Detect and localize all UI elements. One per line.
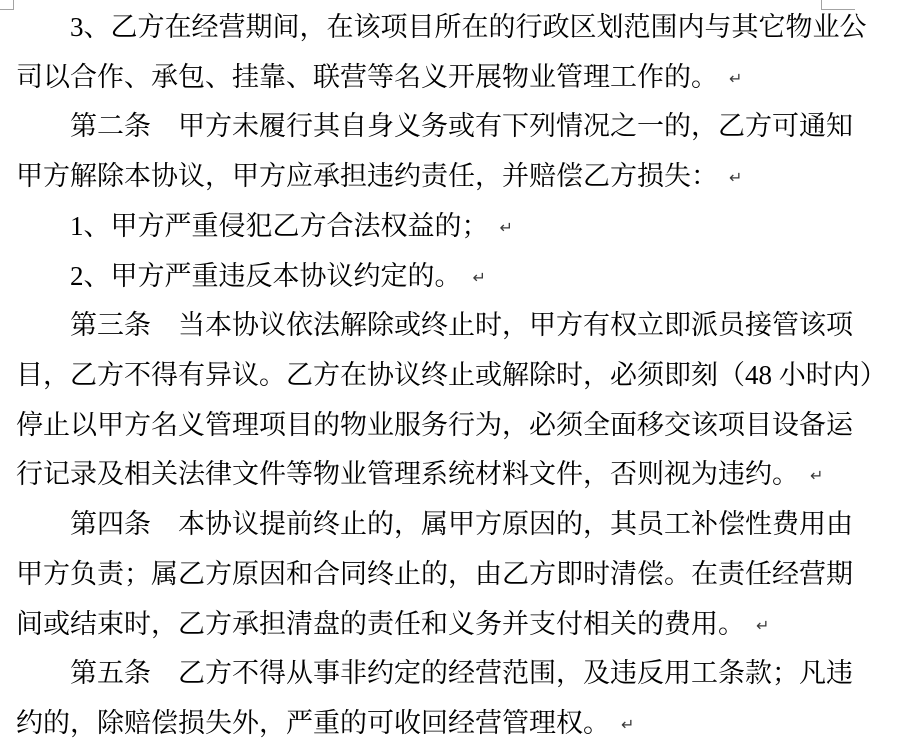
text-line: 甲方解除本协议，甲方应承担违约责任，并赔偿乙方损失：↵ — [16, 152, 821, 202]
text-line: 第五条 乙方不得从事非约定的经营范围，及违反用工条款；凡违 — [16, 649, 821, 699]
text-line: 停止以甲方名义管理项目的物业服务行为，必须全面移交该项目设备运 — [16, 401, 821, 451]
line-text: 2、甲方严重违反本协议约定的。 — [70, 261, 462, 291]
text-line: 约的，除赔偿损失外，严重的可收回经营管理权。↵ — [16, 699, 821, 749]
text-line: 甲方负责；属乙方原因和合同终止的，由乙方即时清偿。在责任经营期 — [16, 550, 821, 600]
line-text: 第三条 当本协议依法解除或终止时，甲方有权立即派员接管该项 — [70, 310, 853, 340]
paragraph-mark-icon: ↵ — [756, 601, 769, 651]
line-text: 1、甲方严重侵犯乙方合法权益的； — [70, 211, 489, 241]
text-line: 第二条 甲方未履行其自身义务或有下列情况之一的，乙方可通知 — [16, 102, 821, 152]
text-line: 2、甲方严重违反本协议约定的。↵ — [16, 252, 821, 302]
line-text: 甲方解除本协议，甲方应承担违约责任，并赔偿乙方损失： — [16, 161, 718, 191]
paragraph-mark-icon: ↵ — [729, 54, 742, 104]
paragraph-mark-icon: ↵ — [621, 700, 634, 750]
line-text: 目，乙方不得有异议。乙方在协议终止或解除时，必须即刻（48 小时内） — [16, 360, 887, 390]
document-text-area[interactable]: 3、乙方在经营期间，在该项目所在的行政区划范围内与其它物业公司以合作、承包、挂靠… — [16, 3, 821, 749]
paragraph-mark-icon: ↵ — [500, 203, 513, 253]
line-text: 甲方负责；属乙方原因和合同终止的，由乙方即时清偿。在责任经营期 — [16, 559, 853, 589]
text-line: 第四条 本协议提前终止的，属甲方原因的，其员工补偿性费用由 — [16, 500, 821, 550]
document-page: 3、乙方在经营期间，在该项目所在的行政区划范围内与其它物业公司以合作、承包、挂靠… — [0, 0, 907, 751]
line-text: 行记录及相关法律文件等物业管理系统材料文件，否则视为违约。 — [16, 459, 799, 489]
text-line: 目，乙方不得有异议。乙方在协议终止或解除时，必须即刻（48 小时内） — [16, 351, 821, 401]
line-text: 约的，除赔偿损失外，严重的可收回经营管理权。 — [16, 708, 610, 738]
line-text: 第四条 本协议提前终止的，属甲方原因的，其员工补偿性费用由 — [70, 509, 853, 539]
line-text: 第二条 甲方未履行其自身义务或有下列情况之一的，乙方可通知 — [70, 111, 853, 141]
line-text: 第五条 乙方不得从事非约定的经营范围，及违反用工条款；凡违 — [70, 658, 853, 688]
paragraph-mark-icon: ↵ — [729, 153, 742, 203]
paragraph-mark-icon: ↵ — [810, 451, 823, 501]
text-line: 第三条 当本协议依法解除或终止时，甲方有权立即派员接管该项 — [16, 301, 821, 351]
text-boundary-mark-top-left — [0, 0, 14, 10]
text-line: 行记录及相关法律文件等物业管理系统材料文件，否则视为违约。↵ — [16, 450, 821, 500]
line-text: 3、乙方在经营期间，在该项目所在的行政区划范围内与其它物业公 — [70, 12, 867, 42]
text-line: 3、乙方在经营期间，在该项目所在的行政区划范围内与其它物业公 — [16, 3, 821, 53]
text-line: 司以合作、承包、挂靠、联营等名义开展物业管理工作的。↵ — [16, 53, 821, 103]
text-line: 间或结束时，乙方承担清盘的责任和义务并支付相关的费用。↵ — [16, 600, 821, 650]
paragraph-mark-icon: ↵ — [473, 253, 486, 303]
line-text: 司以合作、承包、挂靠、联营等名义开展物业管理工作的。 — [16, 62, 718, 92]
text-line: 1、甲方严重侵犯乙方合法权益的；↵ — [16, 202, 821, 252]
line-text: 间或结束时，乙方承担清盘的责任和义务并支付相关的费用。 — [16, 609, 745, 639]
line-text: 停止以甲方名义管理项目的物业服务行为，必须全面移交该项目设备运 — [16, 410, 853, 440]
